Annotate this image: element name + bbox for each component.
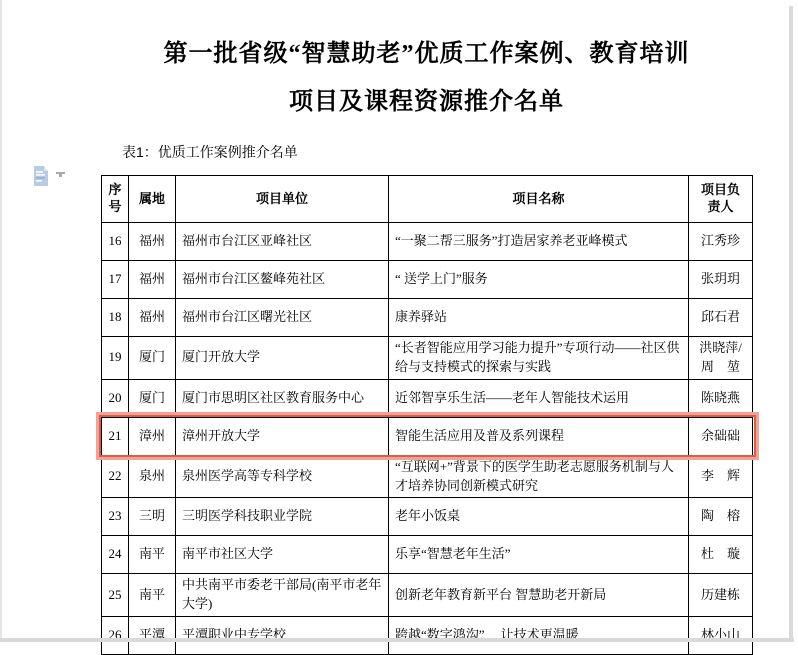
cell-no: 19	[102, 337, 129, 380]
page-edge-left	[0, 0, 2, 642]
header-name: 项目名称	[389, 176, 689, 223]
cell-no: 18	[102, 299, 129, 337]
table-row: 22泉州泉州医学高等专科学校“互联网+”背景下的医学生助老志愿服务机制与人才培养…	[102, 455, 753, 498]
cell-leader: 杜 璇	[689, 536, 753, 574]
table-row: 24南平南平市社区大学乐享“智慧老年生活”杜 璇	[102, 536, 753, 574]
cell-name: 近邻智享乐生活——老年人智能技术运用	[389, 379, 689, 417]
table-row: 19厦门厦门开放大学“长者智能应用学习能力提升”专项行动——社区供给与支持模式的…	[102, 337, 753, 380]
cell-leader: 洪晓萍/ 周 堃	[689, 337, 753, 380]
cell-leader: 邱石君	[689, 299, 753, 337]
cell-region: 福州	[129, 223, 176, 261]
cell-region: 漳州	[129, 417, 176, 455]
cell-no: 17	[102, 261, 129, 299]
cell-no: 23	[102, 498, 129, 536]
page-title-line1: 第一批省级“智慧助老”优质工作案例、教育培训	[100, 30, 753, 78]
cell-name: “ 送学上门”服务	[389, 261, 689, 299]
cell-region: 三明	[129, 498, 176, 536]
table-row: 18福州福州市台江区曙光社区康养驿站邱石君	[102, 299, 753, 337]
cell-no: 25	[102, 574, 129, 617]
recommendation-table: 序 号 属地 项目单位 项目名称 项目负 责人 16福州福州市台江区亚峰社区“一…	[101, 175, 753, 645]
cell-unit: 福州市台江区曙光社区	[176, 299, 389, 337]
document-page: 第一批省级“智慧助老”优质工作案例、教育培训 项目及课程资源推介名单 表1：优质…	[0, 0, 798, 645]
cell-region: 福州	[129, 299, 176, 337]
table-row: 17福州福州市台江区鳌峰苑社区“ 送学上门”服务张玥玥	[102, 261, 753, 299]
cell-leader: 江秀珍	[689, 223, 753, 261]
header-unit: 项目单位	[176, 176, 389, 223]
cell-name: “互联网+”背景下的医学生助老志愿服务机制与人才培养协同创新模式研究	[389, 455, 689, 498]
cell-leader: 余础础	[689, 417, 753, 455]
page-edge-bottom	[0, 638, 794, 642]
table-row: 20厦门厦门市思明区社区教育服务中心近邻智享乐生活——老年人智能技术运用陈晓燕	[102, 379, 753, 417]
cell-name: 创新老年教育新平台 智慧助老开新局	[389, 574, 689, 617]
cell-no: 20	[102, 379, 129, 417]
cell-unit: 漳州开放大学	[176, 417, 389, 455]
header-no: 序 号	[102, 176, 129, 223]
cell-region: 厦门	[129, 379, 176, 417]
cell-name: “长者智能应用学习能力提升”专项行动——社区供给与支持模式的探索与实践	[389, 337, 689, 380]
cell-no: 16	[102, 223, 129, 261]
cell-unit: 中共南平市委老干部局(南平市老年大学)	[176, 574, 389, 617]
cell-leader: 陈晓燕	[689, 379, 753, 417]
table-row: 25南平中共南平市委老干部局(南平市老年大学)创新老年教育新平台 智慧助老开新局…	[102, 574, 753, 617]
cell-name: 乐享“智慧老年生活”	[389, 536, 689, 574]
table-row: 23三明三明医学科技职业学院老年小饭桌陶 榕	[102, 498, 753, 536]
cell-unit: 福州市台江区鳌峰苑社区	[176, 261, 389, 299]
cell-name: 老年小饭桌	[389, 498, 689, 536]
cell-unit: 泉州医学高等专科学校	[176, 455, 389, 498]
cell-unit: 三明医学科技职业学院	[176, 498, 389, 536]
document-icon[interactable]	[33, 165, 49, 187]
table-row: 16福州福州市台江区亚峰社区“一聚二帮三服务”打造居家养老亚峰模式江秀珍	[102, 223, 753, 261]
header-region: 属地	[129, 176, 176, 223]
cell-name: 智能生活应用及普及系列课程	[389, 417, 689, 455]
page-title-line2: 项目及课程资源推介名单	[100, 78, 753, 126]
cell-leader: 陶 榕	[689, 498, 753, 536]
cell-region: 福州	[129, 261, 176, 299]
table-header-row: 序 号 属地 项目单位 项目名称 项目负 责人	[102, 176, 753, 223]
cell-leader: 李 辉	[689, 455, 753, 498]
page-title: 第一批省级“智慧助老”优质工作案例、教育培训 项目及课程资源推介名单	[100, 30, 753, 126]
cell-no: 21	[102, 417, 129, 455]
cell-region: 厦门	[129, 337, 176, 380]
cell-region: 南平	[129, 574, 176, 617]
caret-marker-icon	[56, 172, 65, 178]
cell-name: 康养驿站	[389, 299, 689, 337]
table-caption: 表1：优质工作案例推介名单	[122, 142, 798, 162]
cell-unit: 厦门开放大学	[176, 337, 389, 380]
page-edge-right	[789, 6, 793, 639]
cell-no: 22	[102, 455, 129, 498]
cell-unit: 福州市台江区亚峰社区	[176, 223, 389, 261]
cell-name: “一聚二帮三服务”打造居家养老亚峰模式	[389, 223, 689, 261]
header-leader: 项目负 责人	[689, 176, 753, 223]
cell-leader: 张玥玥	[689, 261, 753, 299]
cell-region: 南平	[129, 536, 176, 574]
cell-unit: 厦门市思明区社区教育服务中心	[176, 379, 389, 417]
cell-region: 泉州	[129, 455, 176, 498]
table-row: 21漳州漳州开放大学智能生活应用及普及系列课程余础础	[102, 417, 753, 455]
cell-leader: 历建栋	[689, 574, 753, 617]
cell-unit: 南平市社区大学	[176, 536, 389, 574]
cell-no: 24	[102, 536, 129, 574]
